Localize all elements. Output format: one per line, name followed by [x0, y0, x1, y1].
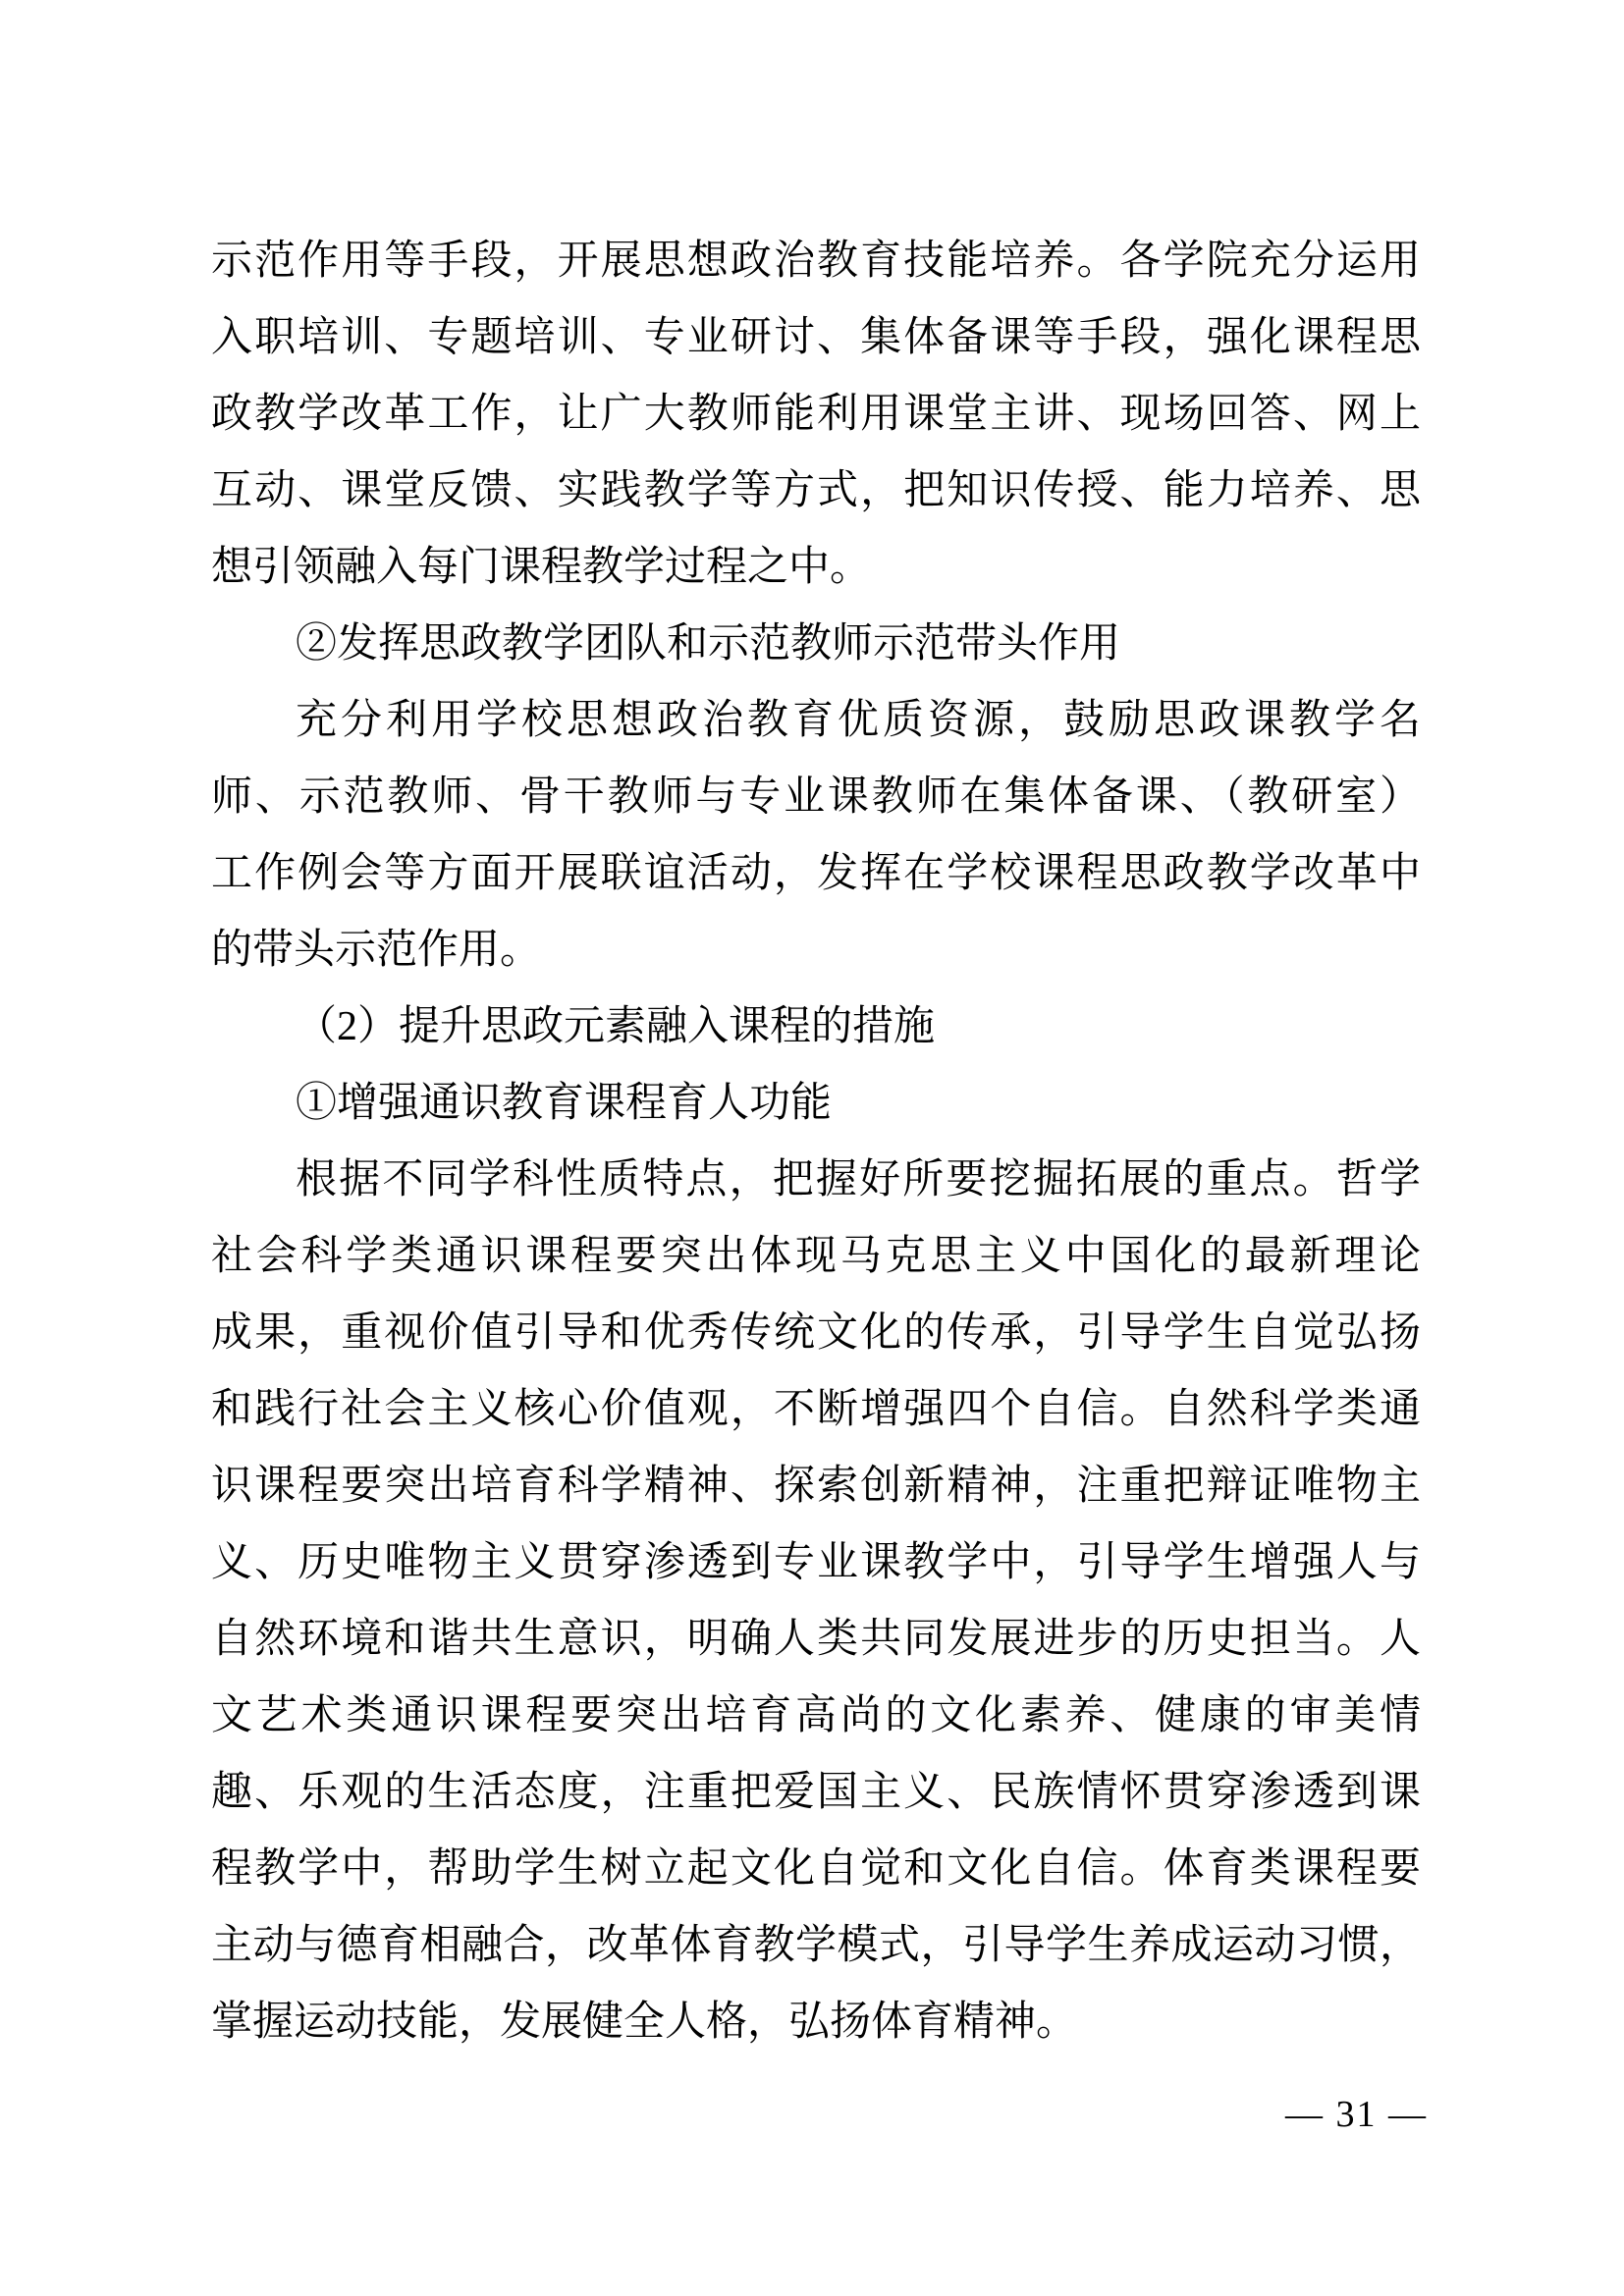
- text-line: 示范作用等手段，开展思想政治教育技能培养。各学院充分运用: [211, 223, 1421, 299]
- text-line: 师、示范教师、骨干教师与专业课教师在集体备课、（教研室）: [211, 759, 1421, 835]
- text-line: 文艺术类通识课程要突出培育高尚的文化素养、健康的审美情: [211, 1678, 1421, 1754]
- text-line: 互动、课堂反馈、实践教学等方式，把知识传授、能力培养、思: [211, 453, 1421, 529]
- text-line: 程教学中，帮助学生树立起文化自觉和文化自信。体育类课程要: [211, 1831, 1421, 1907]
- text-line: 和践行社会主义核心价值观，不断增强四个自信。自然科学类通: [211, 1371, 1421, 1448]
- text-line: 政教学改革工作，让广大教师能利用课堂主讲、现场回答、网上: [211, 376, 1421, 453]
- text-line: 入职培训、专题培训、专业研讨、集体备课等手段，强化课程思: [211, 299, 1421, 376]
- text-line: 的带头示范作用。: [211, 912, 1421, 988]
- text-line: 识课程要突出培育科学精神、探索创新精神，注重把辩证唯物主: [211, 1448, 1421, 1524]
- text-line: 社会科学类通识课程要突出体现马克思主义中国化的最新理论: [211, 1218, 1421, 1295]
- text-line: 工作例会等方面开展联谊活动，发挥在学校课程思政教学改革中: [211, 835, 1421, 912]
- document-text-block: 示范作用等手段，开展思想政治教育技能培养。各学院充分运用入职培训、专题培训、专业…: [211, 223, 1421, 2060]
- text-line: 掌握运动技能，发展健全人格，弘扬体育精神。: [211, 1984, 1421, 2060]
- text-line: ②发挥思政教学团队和示范教师示范带头作用: [211, 606, 1421, 682]
- text-line: 主动与德育相融合，改革体育教学模式，引导学生养成运动习惯，: [211, 1907, 1421, 1984]
- text-line: 充分利用学校思想政治教育优质资源，鼓励思政课教学名: [211, 682, 1421, 759]
- text-line: ①增强通识教育课程育人功能: [211, 1065, 1421, 1142]
- text-line: 趣、乐观的生活态度，注重把爱国主义、民族情怀贯穿渗透到课: [211, 1754, 1421, 1831]
- text-line: 成果，重视价值引导和优秀传统文化的传承，引导学生自觉弘扬: [211, 1295, 1421, 1371]
- text-line: 根据不同学科性质特点，把握好所要挖掘拓展的重点。哲学: [211, 1142, 1421, 1218]
- text-line: （2）提升思政元素融入课程的措施: [211, 988, 1421, 1065]
- page-number: — 31 —: [1285, 2089, 1428, 2140]
- text-line: 想引领融入每门课程教学过程之中。: [211, 529, 1421, 606]
- document-page: 示范作用等手段，开展思想政治教育技能培养。各学院充分运用入职培训、专题培训、专业…: [0, 0, 1624, 2296]
- text-line: 义、历史唯物主义贯穿渗透到专业课教学中，引导学生增强人与: [211, 1524, 1421, 1601]
- text-line: 自然环境和谐共生意识，明确人类共同发展进步的历史担当。人: [211, 1601, 1421, 1678]
